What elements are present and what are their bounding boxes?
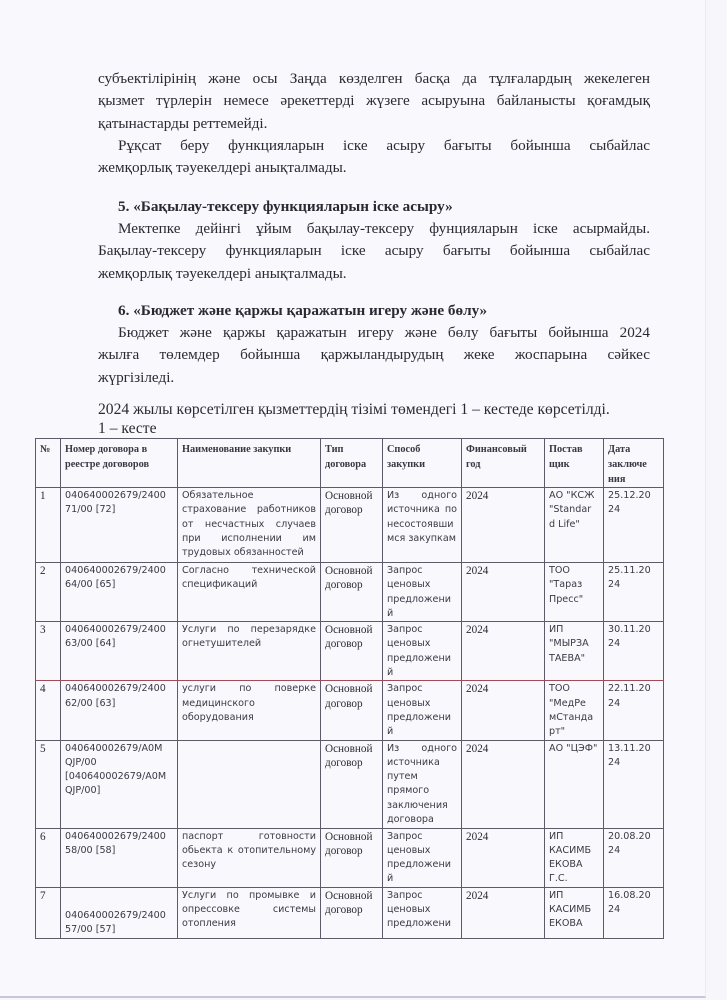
cell-year: 2024 xyxy=(462,488,545,563)
cell-supplier: ТОО "МедРе мСтанда рт" xyxy=(545,681,604,740)
table-caption: 1 – кесте xyxy=(98,418,650,440)
section-6-text: Бюджет және қаржы қаражатын игеру және б… xyxy=(98,322,650,389)
table-header-row: № Номер договора в реестре договоров Наи… xyxy=(36,439,664,488)
cell-date: 13.11.20 24 xyxy=(604,740,664,828)
section-6-heading: 6. «Бюджет және қаржы қаражатын игеру жә… xyxy=(118,300,487,322)
cell-contract: 040640002679/2400 63/00 [64] xyxy=(61,622,178,681)
cell-supplier: АО "ЦЭФ" xyxy=(545,740,604,828)
text-line: жүргізіледі. xyxy=(98,367,650,389)
cell-num: 3 xyxy=(36,622,61,681)
cell-name: Услуги по перезарядке огнетушителей xyxy=(178,622,321,681)
cell-num: 4 xyxy=(36,681,61,740)
cell-method: Запрос ценовых предложени й xyxy=(383,563,462,622)
header-supplier: Постав щик xyxy=(545,439,604,488)
cell-date: 22.11.20 24 xyxy=(604,681,664,740)
caption-text: 1 – кесте xyxy=(98,418,650,440)
cell-type: Основной договор xyxy=(321,828,383,887)
cell-year: 2024 xyxy=(462,622,545,681)
text-line: қызмет түрлерін немесе әрекеттерді жүзег… xyxy=(98,90,650,112)
cell-name: паспорт готовности обьекта к отопительно… xyxy=(178,828,321,887)
procurement-table: № Номер договора в реестре договоров Наи… xyxy=(35,438,664,939)
table-row: 1040640002679/2400 71/00 [72]Обязательно… xyxy=(36,488,664,563)
cell-name: Обязательное страхование работников от н… xyxy=(178,488,321,563)
cell-name: Услуги по промывке и опрессовке системы … xyxy=(178,887,321,938)
cell-num: 1 xyxy=(36,488,61,563)
header-type: Тип договора xyxy=(321,439,383,488)
table-row: 5040640002679/A0M QJP/00 [040640002679/A… xyxy=(36,740,664,828)
cell-type: Основной договор xyxy=(321,681,383,740)
cell-supplier: ИП КАСИМБ ЕКОВА xyxy=(545,887,604,938)
table-row: 2040640002679/2400 64/00 [65]Согласно те… xyxy=(36,563,664,622)
cell-supplier: ИП КАСИМБ ЕКОВА Г.С. xyxy=(545,828,604,887)
table-row: 6040640002679/2400 58/00 [58]паспорт гот… xyxy=(36,828,664,887)
cell-date: 25.11.20 24 xyxy=(604,563,664,622)
cell-supplier: ИП "МЫРЗА ТАЕВА" xyxy=(545,622,604,681)
paragraph-intro: субъектілірінің және осы Заңда көзделген… xyxy=(98,68,650,135)
text-line: жемқорлық тәуекелдері анықталмады. xyxy=(98,263,650,285)
text-line: жемқорлық тәуекелдері анықталмады. xyxy=(98,157,650,179)
cell-year: 2024 xyxy=(462,681,545,740)
text-line: жылға төлемдер бойынша қаржыландырудың ж… xyxy=(98,344,650,366)
text-line: Бақылау-тексеру функцияларын іске асыру … xyxy=(98,240,650,262)
paragraph-permits: Рұқсат беру функцияларын іске асыру бағы… xyxy=(98,135,650,180)
cell-contract: 040640002679/A0M QJP/00 [040640002679/A0… xyxy=(61,740,178,828)
cell-type: Основной договор xyxy=(321,887,383,938)
cell-year: 2024 xyxy=(462,563,545,622)
cell-method: Запрос ценовых предложени й xyxy=(383,681,462,740)
table-row: 7040640002679/2400 57/00 [57]Услуги по п… xyxy=(36,887,664,938)
cell-contract: 040640002679/2400 62/00 [63] xyxy=(61,681,178,740)
cell-name: Согласно технической спецификаций xyxy=(178,563,321,622)
table-row: 4040640002679/2400 62/00 [63]услуги по п… xyxy=(36,681,664,740)
cell-num: 7 xyxy=(36,887,61,938)
text-line: Бюджет және қаржы қаражатын игеру және б… xyxy=(98,322,650,344)
cell-method: Из одного источника по несостоявши мся з… xyxy=(383,488,462,563)
cell-date: 25.12.20 24 xyxy=(604,488,664,563)
cell-method: Запрос ценовых предложени й xyxy=(383,622,462,681)
cell-date: 16.08.20 24 xyxy=(604,887,664,938)
cell-name xyxy=(178,740,321,828)
text-line: Рұқсат беру функцияларын іске асыру бағы… xyxy=(98,135,650,157)
header-method: Способ закупки xyxy=(383,439,462,488)
cell-num: 5 xyxy=(36,740,61,828)
cell-date: 30.11.20 24 xyxy=(604,622,664,681)
cell-num: 2 xyxy=(36,563,61,622)
cell-method: Из одного источника путем прямого заключ… xyxy=(383,740,462,828)
cell-date: 20.08.20 24 xyxy=(604,828,664,887)
cell-supplier: ТОО "Тараз Пресс" xyxy=(545,563,604,622)
header-year: Финансовый год xyxy=(462,439,545,488)
header-num: № xyxy=(36,439,61,488)
cell-supplier: АО "КСЖ "Standar d Life" xyxy=(545,488,604,563)
cell-type: Основной договор xyxy=(321,622,383,681)
cell-type: Основной договор xyxy=(321,488,383,563)
text-line: Мектепке дейінгі ұйым бақылау-тексеру фу… xyxy=(98,218,650,240)
cell-year: 2024 xyxy=(462,887,545,938)
cell-year: 2024 xyxy=(462,828,545,887)
cell-method: Запрос ценовых предложени xyxy=(383,887,462,938)
cell-year: 2024 xyxy=(462,740,545,828)
text-line: субъектілірінің және осы Заңда көзделген… xyxy=(98,68,650,90)
section-5-text: Мектепке дейінгі ұйым бақылау-тексеру фу… xyxy=(98,218,650,285)
cell-contract: 040640002679/2400 64/00 [65] xyxy=(61,563,178,622)
cell-type: Основной договор xyxy=(321,563,383,622)
cell-method: Запрос ценовых предложени й xyxy=(383,828,462,887)
cell-num: 6 xyxy=(36,828,61,887)
text-line: қатынастарды реттемейді. xyxy=(98,113,650,135)
table-row: 3040640002679/2400 63/00 [64]Услуги по п… xyxy=(36,622,664,681)
procurement-table-wrapper: № Номер договора в реестре договоров Наи… xyxy=(35,438,664,939)
cell-name: услуги по поверке медицинского оборудова… xyxy=(178,681,321,740)
header-name: Наименование закупки xyxy=(178,439,321,488)
section-5-heading: 5. «Бақылау-тексеру функцияларын іске ас… xyxy=(118,196,453,218)
cell-type: Основной договор xyxy=(321,740,383,828)
cell-contract: 040640002679/2400 58/00 [58] xyxy=(61,828,178,887)
header-date: Дата заключе ния xyxy=(604,439,664,488)
header-contract: Номер договора в реестре договоров xyxy=(61,439,178,488)
cell-contract: 040640002679/2400 57/00 [57] xyxy=(61,887,178,938)
cell-contract: 040640002679/2400 71/00 [72] xyxy=(61,488,178,563)
